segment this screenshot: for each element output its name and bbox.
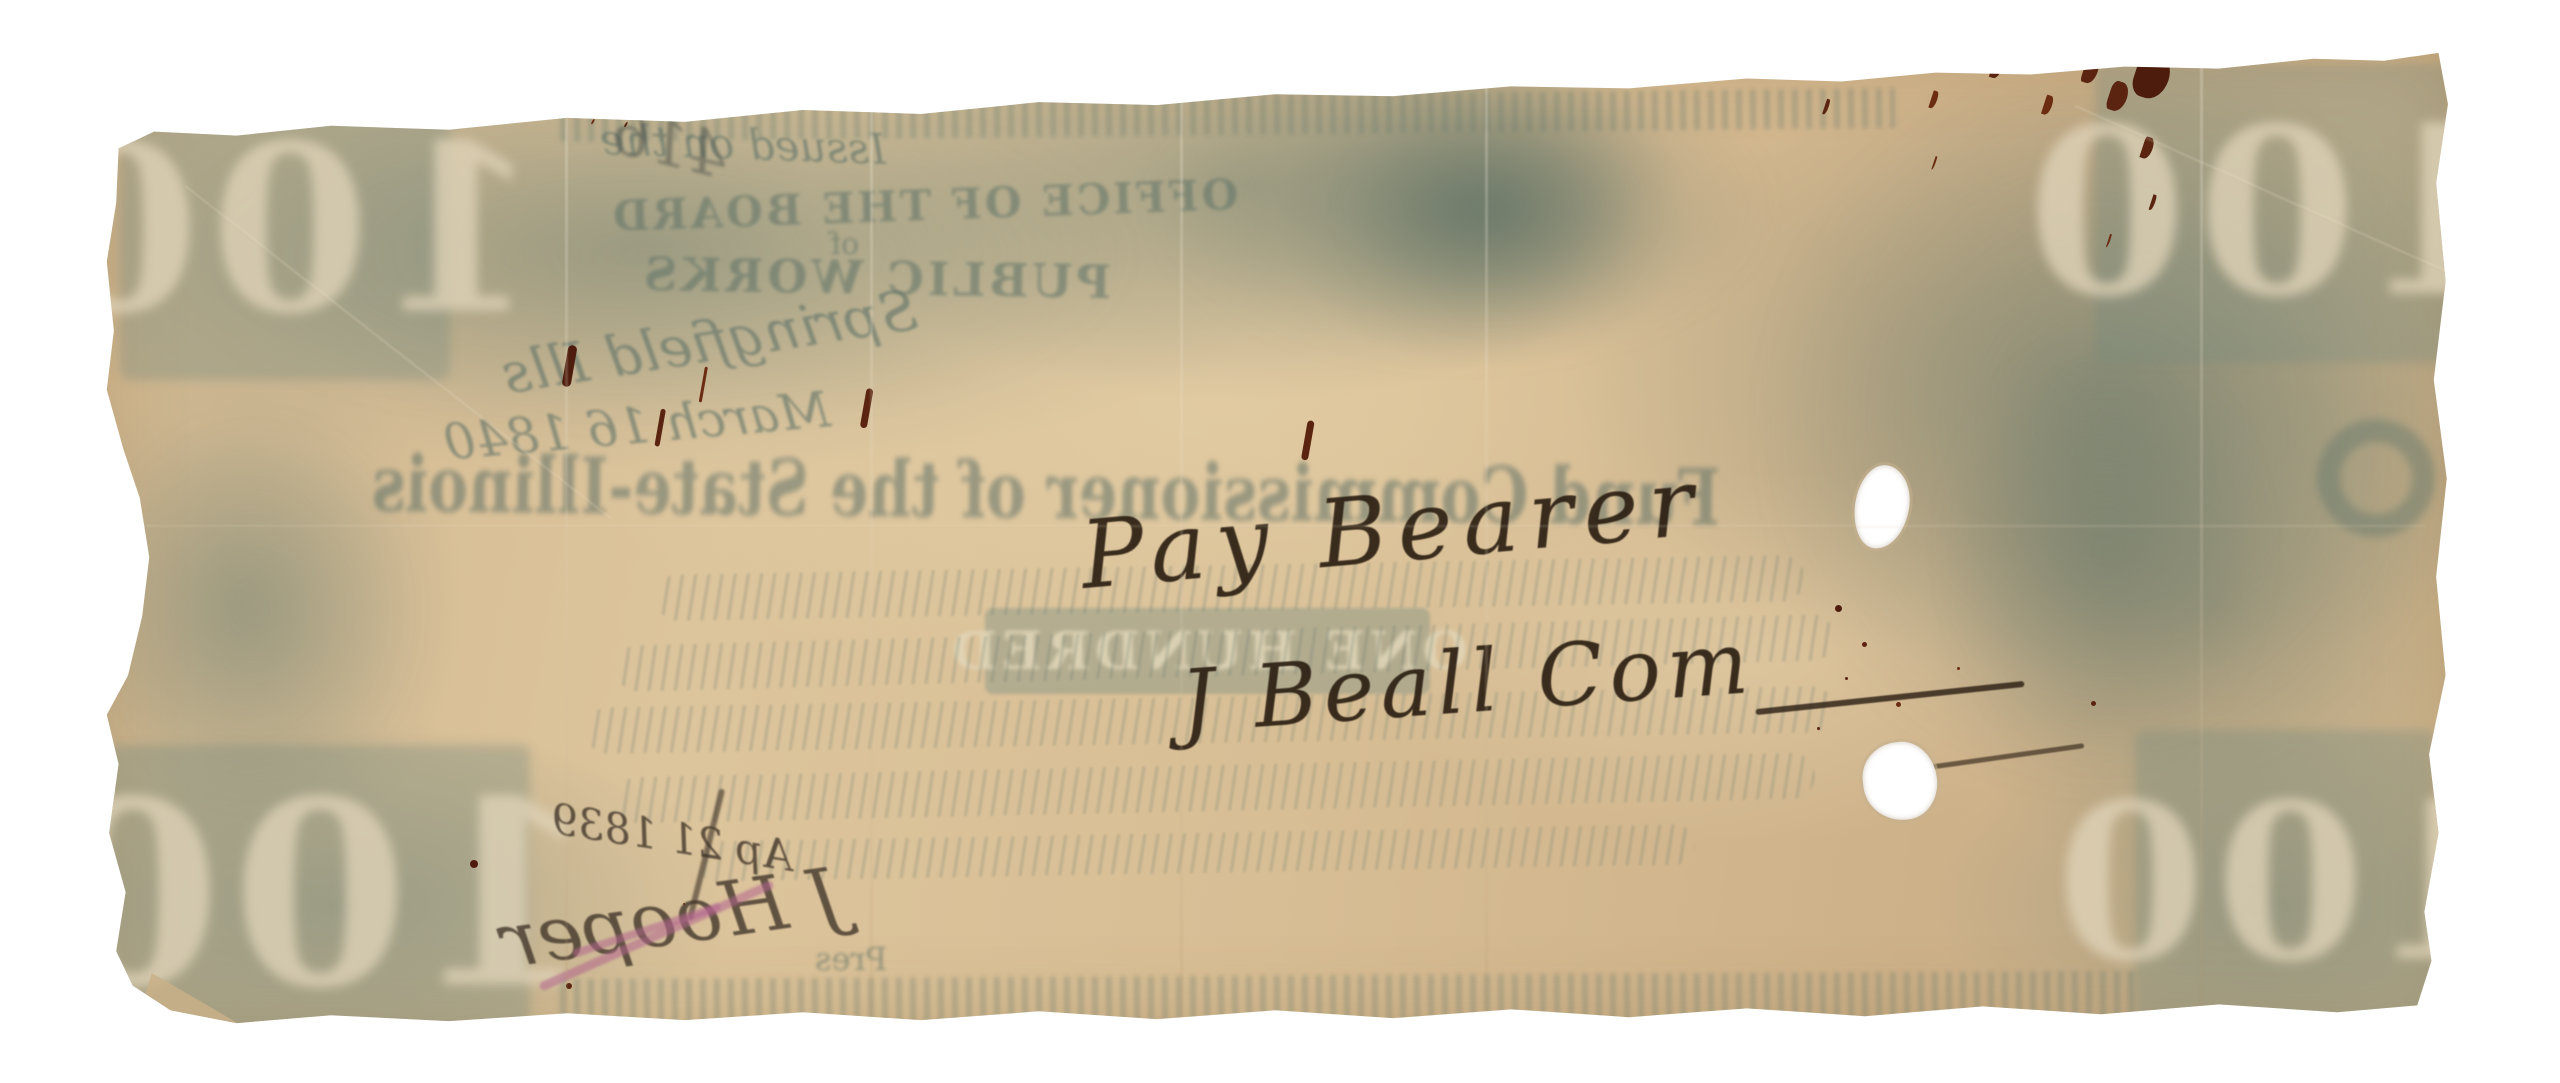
- crease-line-horizontal: [125, 525, 2425, 528]
- crease-line: [2200, 50, 2203, 1010]
- ghost-pres-label: Pres: [815, 940, 887, 978]
- showthrough-medallion-ring: [2300, 405, 2452, 551]
- ghost-script-line: [695, 824, 1696, 881]
- scanned-banknote-photo: 100 100 100 100 Issued on the 416 OFFICE…: [0, 0, 2560, 1083]
- showthrough-wash-right-column: [1945, 335, 2265, 765]
- crease-line: [565, 65, 568, 1015]
- hole-punch-2: [1859, 738, 1941, 823]
- ink-specks-near-holes: [1835, 605, 1842, 612]
- ghost-counter-bottom-right-numeral: 100: [2046, 756, 2525, 1009]
- crease-line: [1180, 55, 1183, 1015]
- ghost-counter-top-right: 100: [2095, 63, 2450, 363]
- ghost-counter-top-right-numeral: 100: [2017, 78, 2527, 348]
- ink-stain-cluster-top-mid: [597, 73, 615, 93]
- ghost-counter-bottom-right: 100: [2135, 730, 2435, 1035]
- crease-line: [1485, 53, 1488, 1013]
- crease-line: [870, 60, 873, 1015]
- ink-specks-bottom: [470, 860, 478, 868]
- ghost-script-line: [615, 752, 1816, 823]
- showthrough-bottom-border-band: [560, 971, 2140, 1031]
- ghost-counter-top-left-numeral: 100: [30, 95, 540, 365]
- banknote-paper: 100 100 100 100 Issued on the 416 OFFICE…: [95, 45, 2455, 1030]
- ghost-counter-top-left: 100: [120, 80, 450, 380]
